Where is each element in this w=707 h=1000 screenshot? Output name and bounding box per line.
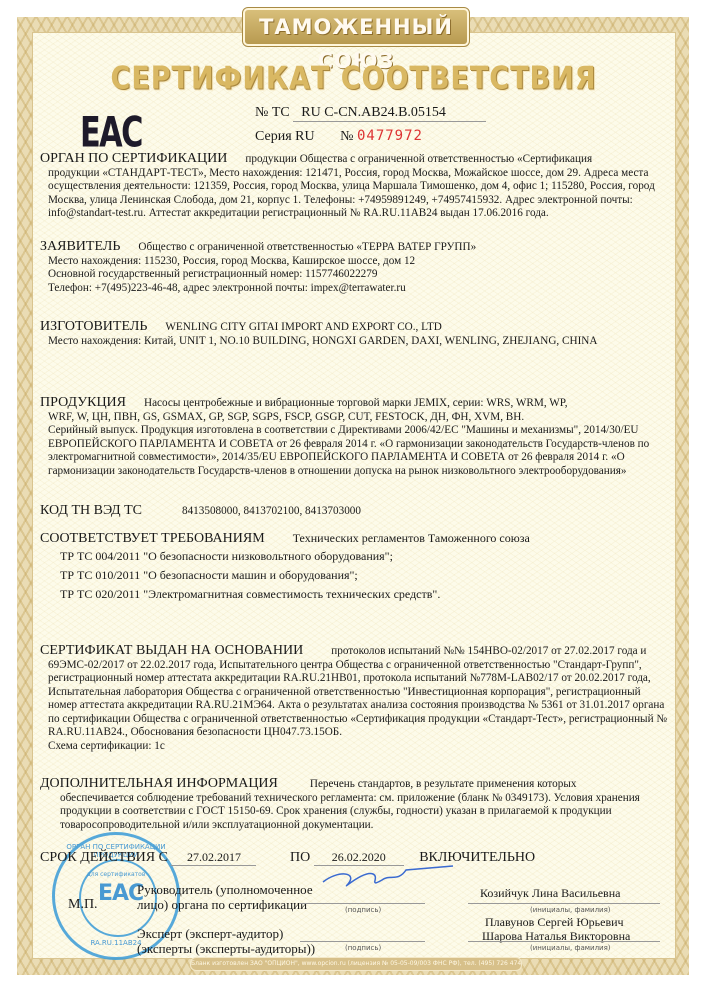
head-signature-line — [300, 903, 425, 904]
product-text: Насосы центробежные и вибрационные торго… — [144, 397, 568, 409]
additional-text: Перечень стандартов, в результате примен… — [310, 778, 577, 790]
product-series: WRF, W, ЦН, ПВН, GS, GSMAX, GP, SGP, SGP… — [40, 411, 670, 425]
section-heading: ИЗГОТОВИТЕЛЬ — [40, 319, 147, 334]
applicant-section: ЗАЯВИТЕЛЬОбщество с ограниченной ответст… — [40, 240, 670, 295]
applicant-address: Место нахождения: 115230, Россия, город … — [40, 255, 670, 269]
head-name-line — [468, 903, 660, 904]
manufacturer-section: ИЗГОТОВИТЕЛЬWENLING CITY GITAI IMPORT AN… — [40, 320, 670, 348]
validity-from-label: СРОК ДЕЙСТВИЯ С — [40, 850, 168, 865]
tn-ved-section: КОД ТН ВЭД ТС8413508000, 8413702100, 841… — [40, 504, 670, 519]
signature-caption: (подпись) — [345, 906, 381, 914]
head-label: Руководитель (уполномоченное лицо) орган… — [137, 882, 313, 912]
handwritten-signature-icon — [318, 862, 458, 894]
conformity-section: СООТВЕТСТВУЕТ ТРЕБОВАНИЯМТехнических рег… — [40, 532, 670, 604]
head-label-line1: Руководитель (уполномоченное — [137, 882, 313, 897]
section-heading: ОРГАН ПО СЕРТИФИКАЦИИ — [40, 151, 227, 166]
basis-section: СЕРТИФИКАТ ВЫДАН НА ОСНОВАНИИпротоколов … — [40, 644, 670, 753]
conformity-intro: Технических регламентов Таможенного союз… — [293, 531, 530, 545]
regulation-item: ТР ТС 004/2011 "О безопасности низковоль… — [40, 547, 670, 566]
expert-name-1: Плавунов Сергей Юрьевич — [485, 915, 624, 930]
expert-name-line — [468, 941, 660, 942]
certificate-title: СЕРТИФИКАТ СООТВЕТСТВИЯ — [0, 61, 707, 97]
certificate-number: № ТС RU C-CN.АВ24.В.05154 — [255, 105, 486, 122]
head-name: Козийчук Лина Васильевна — [480, 886, 620, 901]
section-heading: КОД ТН ВЭД ТС — [40, 503, 142, 518]
validity-from-date: 27.02.2017 — [171, 850, 256, 866]
section-heading: ЗАЯВИТЕЛЬ — [40, 239, 120, 254]
series-no-value: 0477972 — [357, 128, 423, 144]
certification-body-section: ОРГАН ПО СЕРТИФИКАЦИИпродукции Общества … — [40, 152, 670, 221]
eac-logo-icon: EAC — [80, 108, 142, 156]
initials-caption: (инициалы, фамилия) — [530, 944, 611, 952]
section-text: продукции Общества с ограниченной ответс… — [245, 153, 592, 165]
section-heading: СЕРТИФИКАТ ВЫДАН НА ОСНОВАНИИ — [40, 643, 303, 658]
stamp-center-label: для сертификатов — [55, 871, 177, 878]
certificate-series: Серия RU № 0477972 — [255, 128, 423, 145]
validity-to-label: ПО — [290, 850, 310, 865]
section-heading: ПРОДУКЦИЯ — [40, 395, 126, 410]
section-heading: ДОПОЛНИТЕЛЬНАЯ ИНФОРМАЦИЯ — [40, 776, 278, 791]
series-label: Серия RU — [255, 129, 315, 144]
head-label-line2: лицо) органа по сертификации — [137, 897, 313, 912]
basis-text: протоколов испытаний №№ 154НВО-02/2017 о… — [331, 645, 646, 657]
number-label: № ТС — [255, 105, 290, 120]
additional-info-section: ДОПОЛНИТЕЛЬНАЯ ИНФОРМАЦИЯПеречень станда… — [40, 777, 670, 832]
series-no-label: № — [340, 129, 353, 144]
section-text: продукции «СТАНДАРТ-ТЕСТ», Место нахожде… — [40, 167, 670, 221]
expert-label: Эксперт (эксперт-аудитор) (эксперты (экс… — [137, 926, 315, 956]
regulation-item: ТР ТС 020/2011 "Электромагнитная совмест… — [40, 585, 670, 604]
seal-label: М.П. — [68, 897, 98, 912]
regulation-item: ТР ТС 010/2011 "О безопасности машин и о… — [40, 566, 670, 585]
product-details: Серийный выпуск. Продукция изготовлена в… — [40, 424, 670, 478]
signature-caption: (подпись) — [345, 944, 381, 952]
initials-caption: (инициалы, фамилия) — [530, 906, 611, 914]
blank-manufacturer-footer: Бланк изготовлен ЗАО "ОПЦИОН", www.opcio… — [190, 957, 522, 971]
manufacturer-name: WENLING CITY GITAI IMPORT AND EXPORT CO.… — [165, 321, 442, 333]
expert-label-line2: (эксперты (эксперты-аудиторы)) — [137, 941, 315, 956]
expert-signature-line — [300, 941, 425, 942]
tn-ved-codes: 8413508000, 8413702100, 8413703000 — [182, 505, 361, 517]
product-section: ПРОДУКЦИЯНасосы центробежные и вибрацион… — [40, 396, 670, 478]
applicant-ogrn: Основной государственный регистрационный… — [40, 268, 670, 282]
basis-text: 69ЭМС-02/2017 от 22.02.2017 года, Испыта… — [40, 659, 670, 740]
customs-union-banner: ТАМОЖЕННЫЙ СОЮЗ — [243, 8, 469, 46]
applicant-contacts: Телефон: +7(495)223-46-48, адрес электро… — [40, 282, 670, 296]
number-value: RU C-CN.АВ24.В.05154 — [293, 105, 486, 122]
additional-text: обеспечивается соблюдение требований тех… — [40, 792, 670, 833]
section-heading: СООТВЕТСТВУЕТ ТРЕБОВАНИЯМ — [40, 531, 265, 546]
applicant-name: Общество с ограниченной ответственностью… — [138, 241, 476, 253]
expert-label-line1: Эксперт (эксперт-аудитор) — [137, 926, 315, 941]
certification-scheme: Схема сертификации: 1с — [40, 740, 670, 754]
manufacturer-address: Место нахождения: Китай, UNIT 1, NO.10 B… — [40, 335, 670, 349]
